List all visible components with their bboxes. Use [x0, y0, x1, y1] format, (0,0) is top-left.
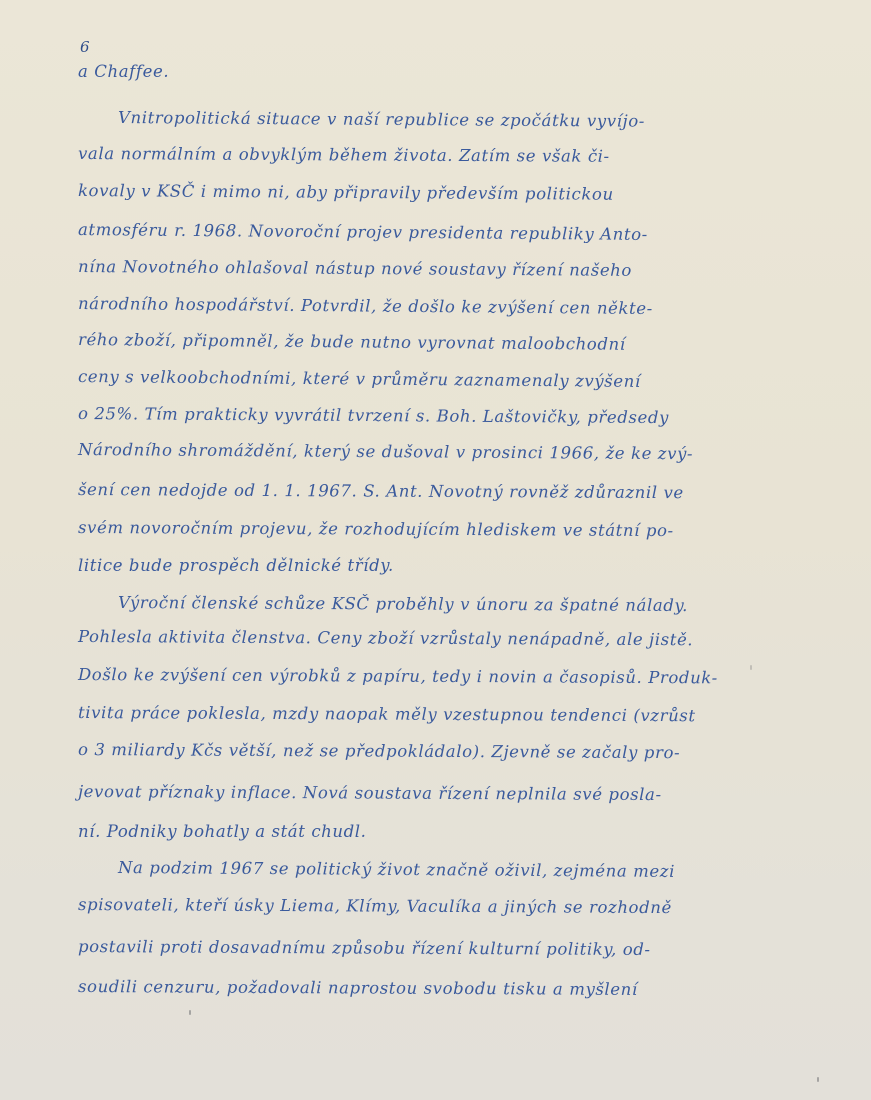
text-line: nína Novotného ohlašoval nástup nové sou… — [78, 257, 632, 280]
text-line: ní. Podniky bohatly a stát chudl. — [78, 822, 367, 841]
text-line: kovaly v KSČ i mimo ni, aby připravily p… — [78, 181, 614, 204]
text-line: rého zboží, připomněl, že bude nutno vyr… — [78, 330, 626, 354]
handwritten-page: 6 a Chaffee. Vnitropolitická situace v n… — [0, 0, 871, 1100]
text-line: spisovateli, kteří úsky Liema, Klímy, Va… — [78, 895, 672, 917]
text-line: jevovat příznaky inflace. Nová soustava … — [78, 782, 662, 804]
text-line: atmosféru r. 1968. Novoroční projev pres… — [78, 220, 648, 244]
text-line: postavili proti dosavadnímu způsobu říze… — [78, 937, 651, 959]
text-line: o 3 miliardy Kčs větší, než se předpoklá… — [78, 740, 680, 762]
text-line: Národního shromáždění, který se dušoval … — [78, 440, 693, 463]
text-line: Na podzim 1967 se politický život značně… — [118, 858, 675, 881]
paper-speck — [750, 665, 752, 670]
paper-speck — [189, 1010, 191, 1015]
text-line: a Chaffee. — [78, 62, 169, 81]
text-line: tivita práce poklesla, mzdy naopak měly … — [78, 703, 696, 725]
text-line: národního hospodářství. Potvrdil, že doš… — [78, 294, 653, 318]
text-line: Výroční členské schůze KSČ proběhly v ún… — [118, 593, 688, 615]
text-line: šení cen nedojde od 1. 1. 1967. S. Ant. … — [78, 480, 684, 502]
text-line: svém novoročním projevu, že rozhodujícím… — [78, 518, 674, 540]
text-line: Pohlesla aktivita členstva. Ceny zboží v… — [78, 627, 693, 649]
text-line: soudili cenzuru, požadovali naprostou sv… — [78, 977, 638, 999]
text-line: Došlo ke zvýšení cen výrobků z papíru, t… — [78, 665, 718, 687]
text-line: Vnitropolitická situace v naší republice… — [118, 108, 645, 131]
paper-speck — [817, 1077, 819, 1082]
text-line: ceny s velkoobchodními, které v průměru … — [78, 367, 641, 391]
text-line: o 25%. Tím prakticky vyvrátil tvrzení s.… — [78, 404, 669, 427]
text-line: litice bude prospěch dělnické třídy. — [78, 556, 394, 575]
text-line: vala normálním a obvyklým během života. … — [78, 144, 610, 166]
page-number: 6 — [80, 38, 90, 56]
